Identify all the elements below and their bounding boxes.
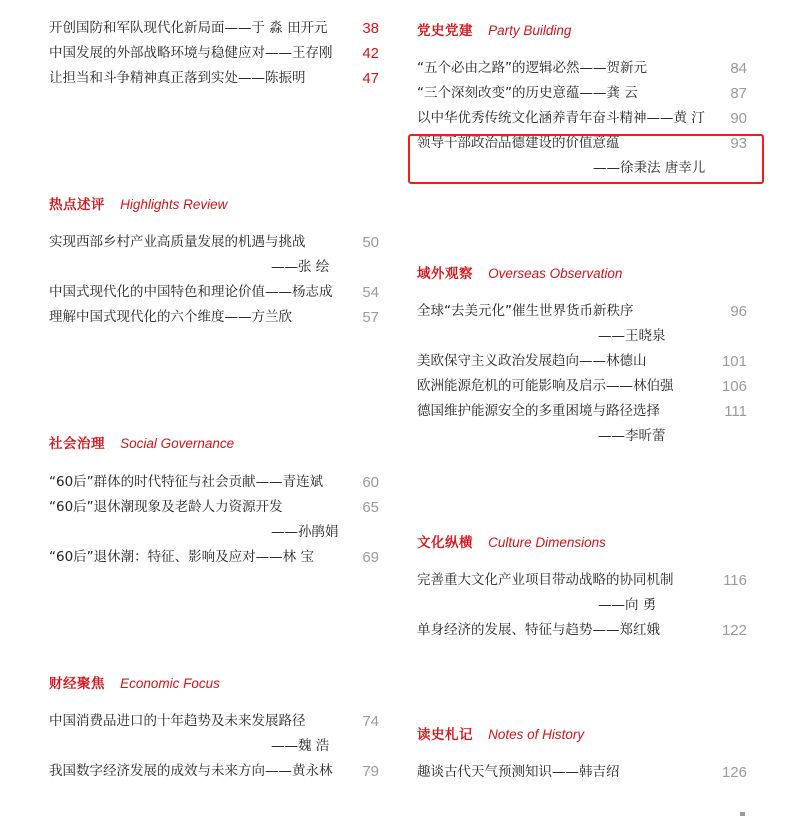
toc-entry[interactable]: 让担当和斗争精神真正落到实处——陈振明 47 — [49, 66, 379, 91]
section-heading: 热点述评 Highlights Review — [49, 192, 379, 216]
toc-entry[interactable]: 开创国防和军队现代化新局面——于 淼 田开元 38 — [49, 16, 379, 41]
entry-title: 中国发展的外部战略环境与稳健应对——王存刚 — [49, 41, 333, 66]
entry-title: 让担当和斗争精神真正落到实处——陈振明 — [49, 66, 306, 91]
page-number: 47 — [362, 66, 379, 91]
page-number: 106 — [722, 374, 747, 399]
cutoff-page-number-fragment — [740, 812, 745, 816]
section-social-governance: 社会治理 Social Governance “60后”群体的时代特征与社会贡献… — [49, 431, 379, 570]
toc-entry[interactable]: 以中华优秀传统文化涵养青年奋斗精神——黄 汀 90 — [417, 106, 747, 131]
entry-title: 我国数字经济发展的成效与未来方向——黄永林 — [49, 759, 333, 784]
entry-author: ——王晓泉 — [598, 324, 666, 349]
toc-entry-author-line: ——李昕蕾 — [417, 424, 747, 449]
page-number: 38 — [362, 16, 379, 41]
toc-entry[interactable]: 美欧保守主义政治发展趋向——林德山 101 — [417, 349, 747, 374]
toc-entry[interactable]: “60后”群体的时代特征与社会贡献——青连斌 60 — [49, 470, 379, 495]
toc-entry[interactable]: “60后”退休潮：特征、影响及应对——林 宝 69 — [49, 545, 379, 570]
section-heading-cn: 文化纵横 — [417, 535, 473, 551]
toc-entry[interactable]: “五个必由之路”的逻辑必然——贺新元 84 — [417, 56, 747, 81]
section-heading: 域外观察 Overseas Observation — [417, 261, 747, 285]
entry-title: “三个深刻改变”的历史意蕴——龚 云 — [417, 81, 638, 106]
page-number: 42 — [362, 41, 379, 66]
toc-entry-author-line: ——王晓泉 — [417, 324, 747, 349]
entry-title: 全球“去美元化”催生世界货币新秩序 — [417, 299, 634, 324]
toc-entry[interactable]: 中国式现代化的中国特色和理论价值——杨志成 54 — [49, 280, 379, 305]
toc-entry[interactable]: 欧洲能源危机的可能影响及启示——林伯强 106 — [417, 374, 747, 399]
entry-title: 中国消费品进口的十年趋势及未来发展路径 — [49, 709, 306, 734]
page-number: 126 — [722, 760, 747, 785]
page-number: 87 — [730, 81, 747, 106]
entry-title: 趣谈古代天气预测知识——韩吉绍 — [417, 760, 620, 785]
toc-entry[interactable]: “60后”退休潮现象及老龄人力资源开发 65 — [49, 495, 379, 520]
page-number: 74 — [362, 709, 379, 734]
section-heading-cn: 财经聚焦 — [49, 676, 105, 692]
section-heading: 党史党建 Party Building — [417, 18, 747, 42]
page-number: 84 — [730, 56, 747, 81]
section-heading-cn: 域外观察 — [417, 266, 473, 282]
toc-entry[interactable]: 中国消费品进口的十年趋势及未来发展路径 74 — [49, 709, 379, 734]
entry-title: 德国维护能源安全的多重困境与路径选择 — [417, 399, 660, 424]
entry-title: 欧洲能源危机的可能影响及启示——林伯强 — [417, 374, 674, 399]
toc-entry[interactable]: 我国数字经济发展的成效与未来方向——黄永林 79 — [49, 759, 379, 784]
toc-entry[interactable]: 单身经济的发展、特征与趋势——郑红娥 122 — [417, 618, 747, 643]
toc-entry[interactable]: 实现西部乡村产业高质量发展的机遇与挑战 50 — [49, 230, 379, 255]
toc-entry-highlighted[interactable]: 领导干部政治品德建设的价值意蕴 93 — [417, 131, 747, 156]
entry-author: ——李昕蕾 — [598, 424, 666, 449]
section-heading-cn: 社会治理 — [49, 436, 105, 452]
section-heading-cn: 热点述评 — [49, 197, 105, 213]
section-heading-cn: 党史党建 — [417, 23, 473, 39]
entry-title: “60后”退休潮：特征、影响及应对——林 宝 — [49, 545, 314, 570]
entry-title: 美欧保守主义政治发展趋向——林德山 — [417, 349, 647, 374]
section-economic-focus: 财经聚焦 Economic Focus 中国消费品进口的十年趋势及未来发展路径 … — [49, 671, 379, 784]
section-heading-en: Highlights Review — [120, 197, 227, 212]
toc-entry-author-line: ——向 勇 — [417, 593, 747, 618]
entry-author: ——张 绘 — [271, 255, 329, 280]
page-number: 57 — [362, 305, 379, 330]
section-heading-en: Party Building — [488, 23, 571, 38]
section-heading: 文化纵横 Culture Dimensions — [417, 530, 747, 554]
page-number: 101 — [722, 349, 747, 374]
entry-author: ——魏 浩 — [271, 734, 329, 759]
page-number: 65 — [362, 495, 379, 520]
entry-title: 以中华优秀传统文化涵养青年奋斗精神——黄 汀 — [417, 106, 705, 131]
entry-title: 中国式现代化的中国特色和理论价值——杨志成 — [49, 280, 333, 305]
page-number: 93 — [730, 131, 747, 156]
entry-title: 完善重大文化产业项目带动战略的协同机制 — [417, 568, 674, 593]
page-number: 111 — [724, 399, 747, 424]
entry-author: ——孙鹃娟 — [271, 520, 339, 545]
entry-title: 单身经济的发展、特征与趋势——郑红娥 — [417, 618, 660, 643]
toc-entry-author-line: ——孙鹃娟 — [49, 520, 379, 545]
section-heading-en: Culture Dimensions — [488, 535, 606, 550]
entry-author: ——徐秉法 唐幸儿 — [593, 156, 705, 181]
entry-title: 领导干部政治品德建设的价值意蕴 — [417, 131, 620, 156]
entry-title: “60后”群体的时代特征与社会贡献——青连斌 — [49, 470, 323, 495]
toc-entry[interactable]: 德国维护能源安全的多重困境与路径选择 111 — [417, 399, 747, 424]
page-number: 116 — [723, 568, 747, 593]
section-heading-cn: 读史札记 — [417, 727, 473, 743]
toc-entry[interactable]: 全球“去美元化”催生世界货币新秩序 96 — [417, 299, 747, 324]
entry-title: 开创国防和军队现代化新局面——于 淼 田开元 — [49, 16, 328, 41]
section-heading-en: Social Governance — [120, 436, 234, 451]
page-number: 50 — [362, 230, 379, 255]
section-overseas-observation: 域外观察 Overseas Observation 全球“去美元化”催生世界货币… — [417, 261, 747, 449]
entry-title: 实现西部乡村产业高质量发展的机遇与挑战 — [49, 230, 306, 255]
page-number: 122 — [722, 618, 747, 643]
section-notes-of-history: 读史札记 Notes of History 趣谈古代天气预测知识——韩吉绍 12… — [417, 722, 747, 785]
toc-entry[interactable]: 趣谈古代天气预测知识——韩吉绍 126 — [417, 760, 747, 785]
toc-entry-author-line: ——张 绘 — [49, 255, 379, 280]
section-intro: 开创国防和军队现代化新局面——于 淼 田开元 38 中国发展的外部战略环境与稳健… — [49, 16, 379, 91]
section-culture-dimensions: 文化纵横 Culture Dimensions 完善重大文化产业项目带动战略的协… — [417, 530, 747, 643]
section-highlights-review: 热点述评 Highlights Review 实现西部乡村产业高质量发展的机遇与… — [49, 192, 379, 330]
page-number: 79 — [362, 759, 379, 784]
section-heading-en: Economic Focus — [120, 676, 220, 691]
page-number: 96 — [730, 299, 747, 324]
toc-entry-author-line: ——魏 浩 — [49, 734, 379, 759]
toc-entry-author-line: ——徐秉法 唐幸儿 — [417, 156, 747, 181]
section-heading: 读史札记 Notes of History — [417, 722, 747, 746]
entry-title: “五个必由之路”的逻辑必然——贺新元 — [417, 56, 647, 81]
page-number: 60 — [362, 470, 379, 495]
section-party-building: 党史党建 Party Building “五个必由之路”的逻辑必然——贺新元 8… — [417, 18, 747, 181]
toc-entry[interactable]: 中国发展的外部战略环境与稳健应对——王存刚 42 — [49, 41, 379, 66]
section-heading-en: Notes of History — [488, 727, 584, 742]
toc-entry[interactable]: “三个深刻改变”的历史意蕴——龚 云 87 — [417, 81, 747, 106]
entry-author: ——向 勇 — [598, 593, 656, 618]
toc-entry[interactable]: 理解中国式现代化的六个维度——方兰欣 57 — [49, 305, 379, 330]
page-number: 90 — [730, 106, 747, 131]
section-heading-en: Overseas Observation — [488, 266, 622, 281]
section-heading: 社会治理 Social Governance — [49, 431, 379, 455]
page-number: 69 — [362, 545, 379, 570]
entry-title: 理解中国式现代化的六个维度——方兰欣 — [49, 305, 292, 330]
entry-title: “60后”退休潮现象及老龄人力资源开发 — [49, 495, 283, 520]
toc-entry[interactable]: 完善重大文化产业项目带动战略的协同机制 116 — [417, 568, 747, 593]
section-heading: 财经聚焦 Economic Focus — [49, 671, 379, 695]
page-number: 54 — [362, 280, 379, 305]
